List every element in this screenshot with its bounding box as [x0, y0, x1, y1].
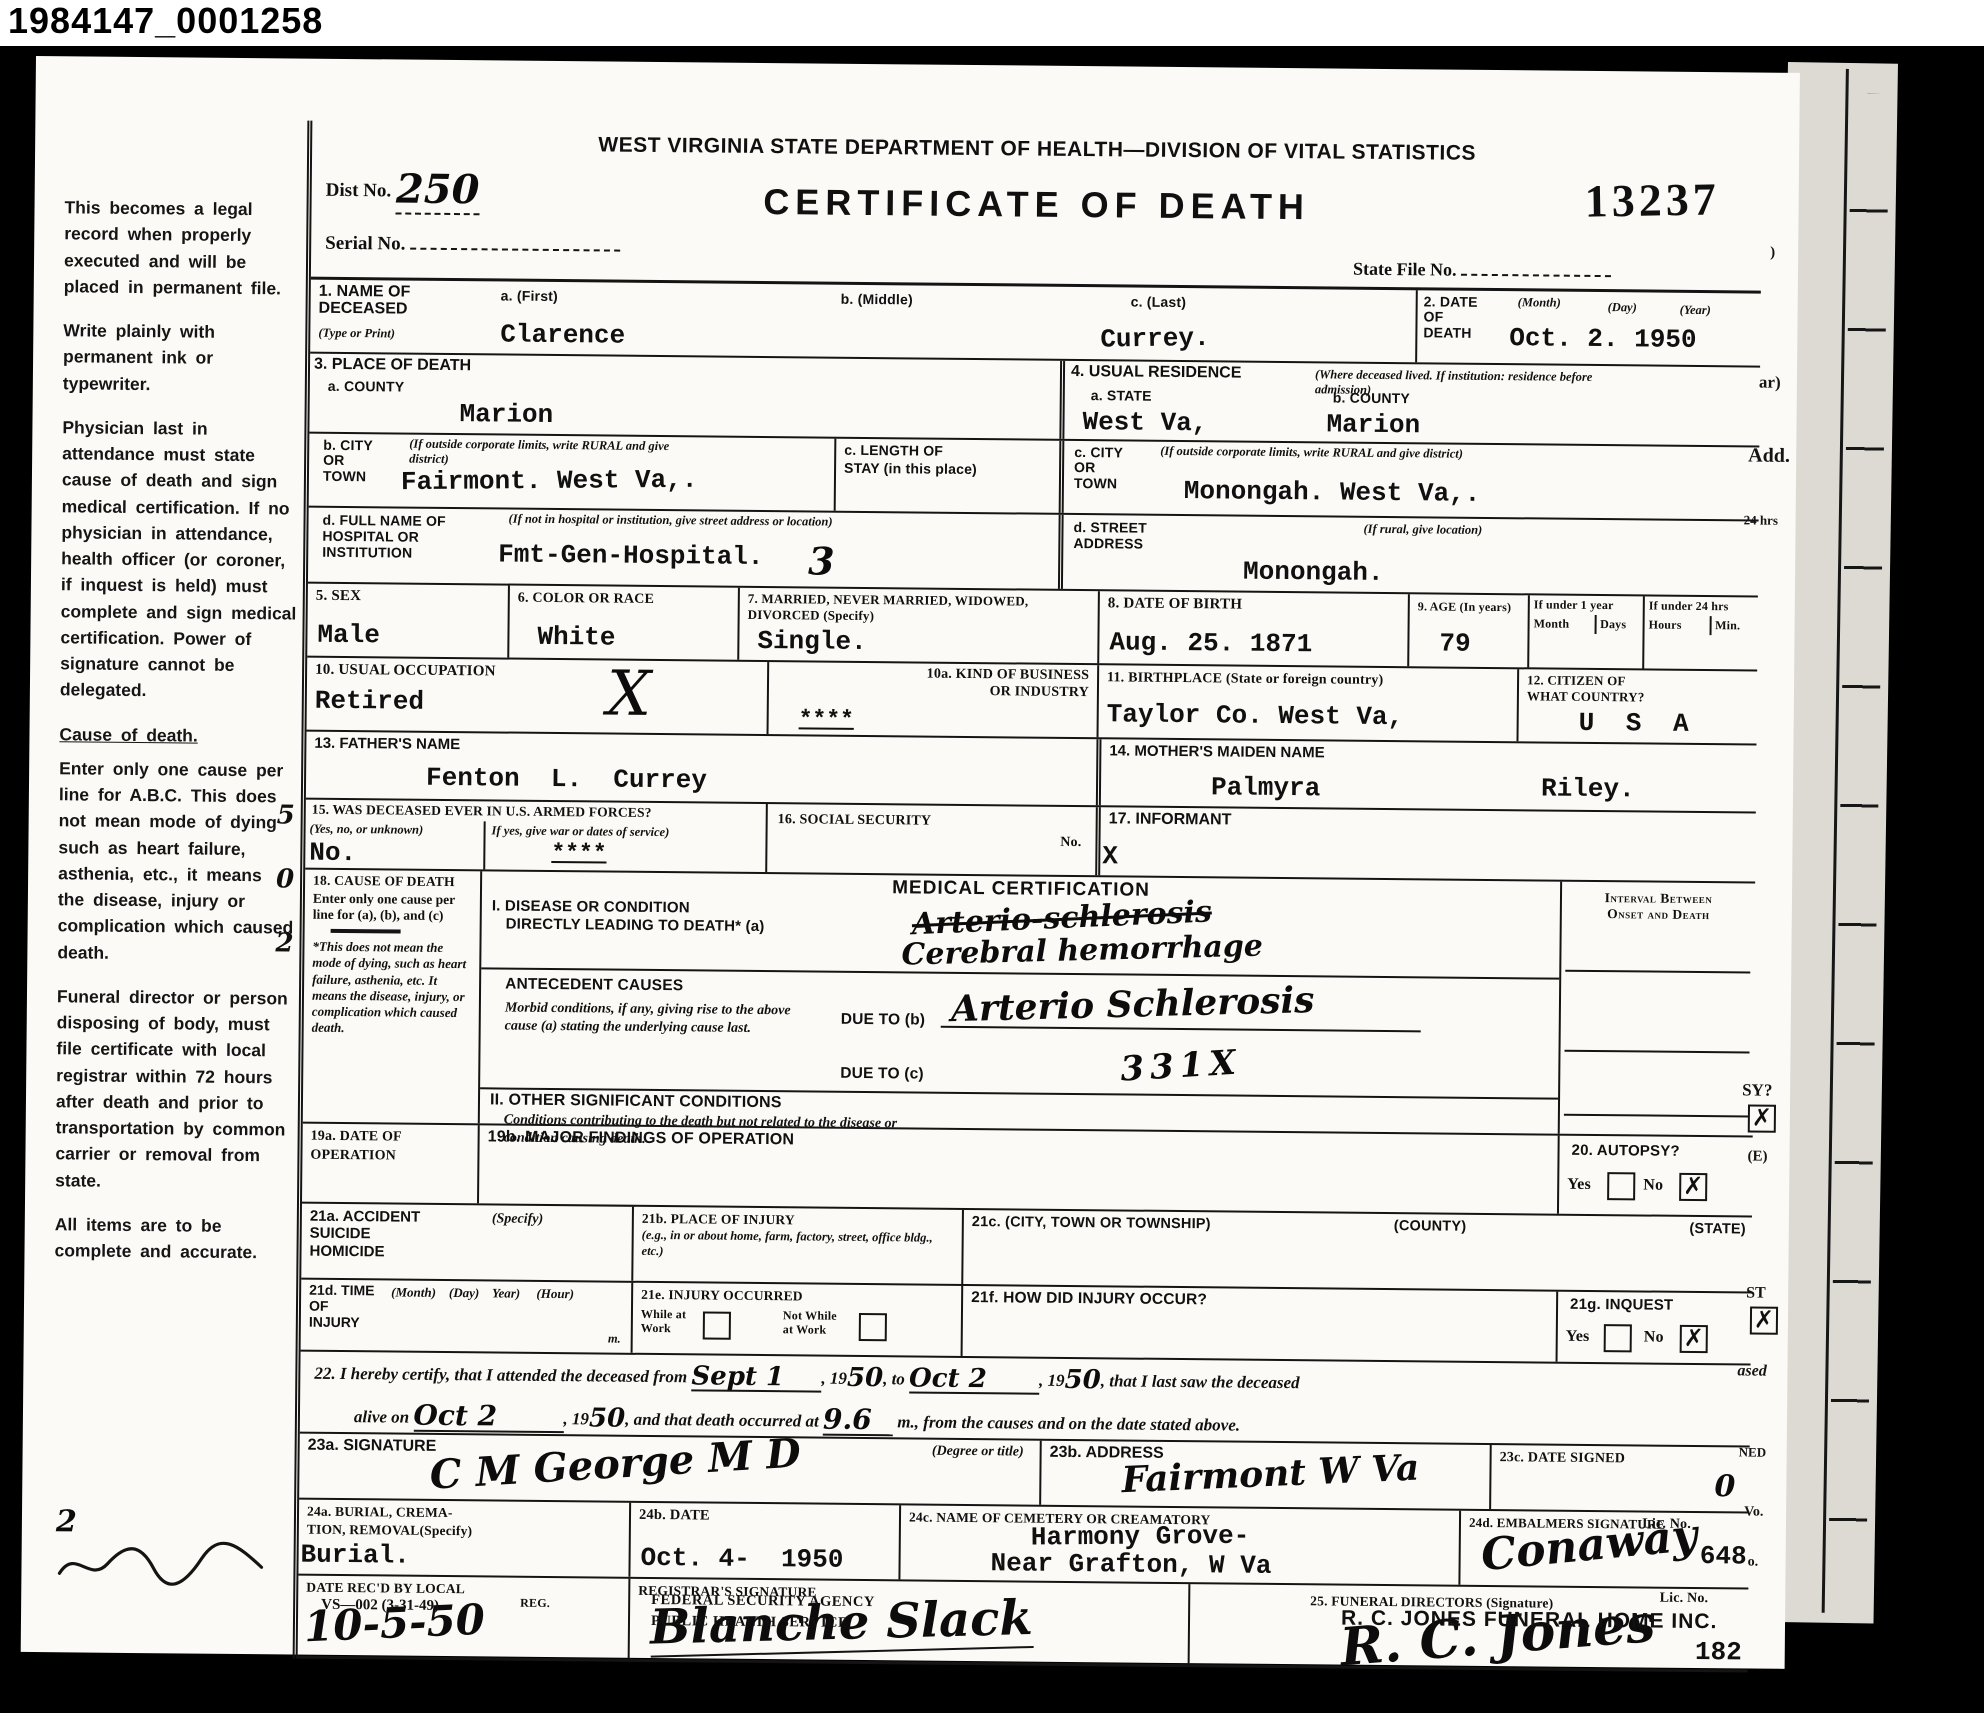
field-occupation: 10. USUAL OCCUPATION Retired X	[307, 658, 768, 734]
certify-text: m., from the causes and on the date stat…	[897, 1412, 1240, 1434]
certify-text: , 19	[563, 1409, 589, 1428]
row-injury-details: 21d. TIME OF INJURY (Month) (Day) Year) …	[301, 1280, 1752, 1366]
autopsy-yes-checkbox	[1607, 1172, 1635, 1200]
field-physician-address: 23b. ADDRESS Fairmont W Va	[1039, 1441, 1490, 1509]
last-name-value: Currey.	[1100, 323, 1210, 355]
hours-label: Hours	[1645, 615, 1712, 635]
business-label: 10a. KIND OF BUSINESS OR INDUSTRY	[777, 665, 1089, 702]
scanner-top-strip: 1984147_0001258	[0, 0, 1984, 46]
date-received-label-2: REG.	[520, 1596, 550, 1611]
burial-label: 24a. BURIAL, CREMA- TION, REMOVAL(Specif…	[307, 1504, 473, 1539]
major-findings-label: 19b. MAJOR FINDINGS OF OPERATION	[488, 1128, 795, 1148]
disease-condition-label-1: I. DISEASE OR CONDITION	[492, 897, 690, 916]
occupation-label: 10. USUAL OCCUPATION	[315, 662, 496, 680]
city-label: b. CITY OR TOWN	[323, 438, 373, 485]
embalmer-lic-label: Lic. No.	[1642, 1516, 1691, 1532]
residence-city-label: c. CITY OR TOWN	[1074, 445, 1123, 492]
length-of-stay-label: c. LENGTH OF STAY (in this place)	[844, 442, 977, 477]
accident-label: 21a. ACCIDENT SUICIDE HOMICIDE	[309, 1208, 420, 1261]
burial-date-value: Oct. 4- 1950	[640, 1543, 843, 1575]
field-burial: 24a. BURIAL, CREMA- TION, REMOVAL(Specif…	[298, 1500, 629, 1577]
street-address-label: d. STREET ADDRESS	[1073, 519, 1147, 552]
cemetery-value-1: Harmony Grove-	[1031, 1521, 1250, 1553]
morbid-conditions-note: Morbid conditions, if any, giving rise t…	[505, 1000, 805, 1039]
months-label: Month	[1530, 614, 1597, 634]
age-value: 79	[1439, 628, 1471, 658]
scan-id-label: 1984147_0001258	[8, 0, 323, 42]
year-col-label: (Year)	[1680, 303, 1711, 318]
date-of-operation-label: 19a. DATE OF OPERATION	[310, 1129, 402, 1164]
attended-from-value: Sept 1	[691, 1361, 784, 1392]
birthplace-value: Taylor Co. West Va,	[1107, 699, 1404, 732]
field-age-under-one: If under 1 year Month Days If under 24 h…	[1527, 595, 1758, 669]
handwritten-digit: 5	[273, 800, 299, 830]
field-father-name: 13. FATHER'S NAME Fenton L. Currey	[306, 732, 1097, 806]
ssn-label: 16. SOCIAL SECURITY	[778, 812, 932, 829]
certify-text: , to	[883, 1369, 905, 1388]
scan-canvas: 1984147_0001258 This becomes a legal rec…	[0, 0, 1984, 1713]
birthplace-label: 11. BIRTHPLACE (State or foreign country…	[1107, 670, 1383, 688]
edge-fragment-checkbox: ✗	[1748, 1104, 1776, 1132]
edge-fragment: (E)	[1747, 1148, 1767, 1165]
x-mark: ✗	[1752, 1106, 1772, 1130]
certify-text: alive on	[354, 1407, 409, 1427]
time-cols-note: (Month) (Day) Year) (Hour)	[391, 1284, 574, 1302]
first-name-value: Clarence	[500, 319, 625, 350]
business-value: ****	[799, 706, 854, 733]
field-place-of-death: 3. PLACE OF DEATH a. COUNTY Marion	[309, 354, 1060, 439]
x-mark: ✗	[1684, 1326, 1704, 1350]
year-value: 50	[847, 1363, 883, 1393]
under-24-label: If under 24 hrs	[1645, 596, 1758, 616]
district-number-label: Dist No.	[326, 180, 392, 202]
street-address-note: (If rural, give location)	[1363, 522, 1482, 538]
x-mark: ✗	[1683, 1174, 1703, 1198]
edge-fragment: ar)	[1759, 373, 1781, 393]
edge-fragment: Vo.	[1744, 1504, 1763, 1520]
field-injury-city: 21c. (CITY, TOWN OR TOWNSHIP) (COUNTY) (…	[961, 1210, 1752, 1292]
inquest-yes-label: Yes	[1566, 1328, 1590, 1346]
month-col-label: (Month)	[1518, 295, 1561, 310]
hospital-label: d. FULL NAME OF HOSPITAL OR INSTITUTION	[322, 512, 446, 561]
time-of-injury-label: 21d. TIME OF INJURY	[309, 1282, 375, 1331]
handwritten-digit: 2	[56, 1504, 77, 1539]
injury-county-label: (COUNTY)	[1394, 1218, 1467, 1235]
last-name-label: c. (Last)	[1131, 294, 1187, 311]
field-date-signed: 23c. DATE SIGNED 0	[1489, 1445, 1750, 1511]
margin-note: Physician last in attendance must state …	[60, 414, 301, 705]
edge-fragment: SY?	[1742, 1080, 1772, 1100]
row-place-residence: 3. PLACE OF DEATH a. COUNTY Marion 4. US…	[309, 354, 1760, 448]
margin-heading-cause-of-death: Cause of death.	[59, 721, 297, 750]
field-inquest: 21g. INQUEST Yes No ✗	[1556, 1292, 1752, 1364]
cause-instruction-1: Enter only one cause per line for (a), (…	[313, 891, 472, 925]
race-label: 6. COLOR OR RACE	[518, 591, 654, 607]
inquest-yes-checkbox	[1604, 1324, 1632, 1352]
field-mother-name: 14. MOTHER'S MAIDEN NAME Palmyra Riley.	[1096, 739, 1757, 811]
not-while-at-work-checkbox	[859, 1313, 887, 1341]
field-sex: 5. SEX Male	[307, 584, 508, 658]
m-note: m.	[608, 1332, 621, 1347]
informant-label: 17. INFORMANT	[1109, 810, 1232, 828]
how-injury-label: 21f. HOW DID INJURY OCCUR?	[971, 1289, 1207, 1308]
district-number: Dist No. 250	[326, 159, 480, 209]
year-value: 50	[589, 1403, 625, 1433]
field-interval-col: Interval Between Onset and Death	[1558, 882, 1755, 1136]
agency-line-1: FEDERAL SECURITY AGENCY	[651, 1592, 875, 1610]
margin-note: Enter only one cause per line for A.B.C.…	[57, 755, 297, 967]
fd-lic-label: Lic. No.	[1660, 1591, 1709, 1607]
war-dates-value: ****	[551, 840, 606, 867]
death-certificate-form: WEST VIRGINIA STATE DEPARTMENT OF HEALTH…	[293, 121, 1763, 1673]
certificate-paper: This becomes a legal record when properl…	[21, 56, 1800, 1669]
certify-text: , 19	[821, 1369, 847, 1388]
citizen-value: U S A	[1579, 708, 1697, 739]
injury-occurred-label: 21e. INJURY OCCURRED	[641, 1287, 803, 1304]
dob-value: Aug. 25. 1871	[1109, 627, 1312, 659]
injury-city-label: 21c. (CITY, TOWN OR TOWNSHIP)	[972, 1214, 1211, 1232]
marital-label: 7. MARRIED, NEVER MARRIED, WIDOWED, DIVO…	[748, 591, 1088, 626]
autopsy-no-label: No	[1643, 1176, 1663, 1194]
while-at-work-label: While at Work	[641, 1307, 687, 1336]
certificate-title: CERTIFICATE OF DEATH	[311, 177, 1761, 233]
field-cemetery: 24c. NAME OF CEMETERY OR CREAMATORY Harm…	[898, 1505, 1459, 1584]
edge-fragment: NED	[1739, 1444, 1767, 1460]
row-occupation-birthplace: 10. USUAL OCCUPATION Retired X 10a. KIND…	[307, 658, 1758, 746]
department-line: WEST VIRGINIA STATE DEPARTMENT OF HEALTH…	[312, 131, 1762, 169]
row-sex-race-birth: 5. SEX Male 6. COLOR OR RACE White 7. MA…	[307, 584, 1758, 672]
residence-county-label: b. COUNTY	[1333, 389, 1410, 406]
inquest-label: 21g. INQUEST	[1570, 1296, 1673, 1314]
residence-state-value: West Va,	[1082, 407, 1207, 438]
date-of-death-label: 2. DATE OF DEATH	[1423, 294, 1477, 341]
while-at-work-checkbox	[703, 1311, 731, 1339]
form-header: WEST VIRGINIA STATE DEPARTMENT OF HEALTH…	[311, 121, 1762, 294]
days-label: Days	[1596, 615, 1630, 634]
occupation-value: Retired	[315, 686, 425, 717]
handwritten-scrawl: 2	[55, 1504, 286, 1587]
row-certify-statement: 22. I hereby certify, that I attended th…	[300, 1352, 1751, 1448]
edge-fragment: )	[1770, 245, 1775, 262]
place-of-injury-label: 21b. PLACE OF INJURY	[642, 1211, 795, 1227]
father-label: 13. FATHER'S NAME	[314, 735, 460, 753]
state-file-number-label: State File No.	[1353, 259, 1611, 282]
row-burial: 24a. BURIAL, CREMA- TION, REMOVAL(Specif…	[298, 1500, 1749, 1590]
field-physician-signature: 23a. SIGNATURE (Degree or title) C M Geo…	[299, 1434, 1040, 1505]
other-conditions-label: II. OTHER SIGNIFICANT CONDITIONS	[490, 1091, 782, 1112]
edge-fragment: 24 hrs	[1744, 512, 1778, 528]
field-burial-date: 24b. DATE Oct. 4- 1950	[628, 1503, 899, 1580]
state-file-number-value: 13237	[1584, 172, 1720, 227]
death-time-value: 9.6	[823, 1403, 872, 1436]
row-accident: 21a. ACCIDENT SUICIDE HOMICIDE (Specify)…	[301, 1204, 1752, 1294]
field-marital-status: 7. MARRIED, NEVER MARRIED, WIDOWED, DIVO…	[737, 588, 1098, 663]
cause-c-handwriting: 331X	[1119, 1042, 1243, 1089]
margin-note: This becomes a legal record when properl…	[64, 194, 303, 301]
margin-note: All items are to be complete and accurat…	[54, 1211, 292, 1266]
burial-date-label: 24b. DATE	[639, 1507, 710, 1524]
certify-text: , 19	[1039, 1371, 1065, 1390]
due-to-b-label: DUE TO (b)	[841, 1011, 926, 1030]
mother-maiden-value: Riley.	[1541, 773, 1635, 804]
field-citizen: 12. CITIZEN OF WHAT COUNTRY? U S A	[1516, 669, 1757, 743]
autopsy-label: 20. AUTOPSY?	[1571, 1142, 1679, 1160]
field-embalmer: 24d. EMBALMERS SIGNATURE Conaway Lic. No…	[1458, 1511, 1749, 1588]
field-date-received: DATE REC'D BY LOCAL REG. 10-5-50	[298, 1576, 629, 1659]
cause-of-death-label: 18. CAUSE OF DEATH	[313, 873, 472, 891]
state-file-label-text: State File No.	[1353, 259, 1457, 280]
middle-name-label: b. (Middle)	[841, 291, 913, 308]
row-name-date: 1. NAME OF DECEASED (Type or Print) a. (…	[310, 280, 1761, 368]
field-accident-suicide: 21a. ACCIDENT SUICIDE HOMICIDE (Specify)	[301, 1204, 632, 1281]
interval-line	[1565, 1050, 1750, 1054]
row-hospital-street: d. FULL NAME OF HOSPITAL OR INSTITUTION …	[308, 508, 1759, 598]
hospital-note: (If not in hospital or institution, give…	[509, 512, 839, 530]
edge-fragment: ST	[1746, 1284, 1766, 1302]
date-received-label: DATE REC'D BY LOCAL	[306, 1580, 465, 1597]
margin-instructions: This becomes a legal record when properl…	[54, 194, 302, 1283]
serial-number: Serial No.	[325, 229, 620, 258]
alive-on-value: Oct 2	[413, 1399, 497, 1433]
field-race: 6. COLOR OR RACE White	[507, 586, 738, 660]
race-value: White	[537, 622, 615, 653]
field-date-of-birth: 8. DATE OF BIRTH Aug. 25. 1871	[1097, 591, 1408, 666]
row-medical-certification: 18. CAUSE OF DEATH Enter only one cause …	[303, 870, 1755, 1138]
sex-value: Male	[317, 620, 380, 651]
inquest-no-label: No	[1644, 1328, 1664, 1346]
year-value: 50	[1064, 1365, 1100, 1395]
dob-label: 8. DATE OF BIRTH	[1108, 595, 1243, 612]
specify-note: (Specify)	[492, 1211, 543, 1227]
ssn-no-label: No.	[1060, 835, 1081, 851]
agency-line-2: PUBLIC HEALTH SERVICE	[651, 1613, 848, 1631]
row-operation-autopsy: 19a. DATE OF OPERATION 19b. MAJOR FINDIN…	[302, 1124, 1753, 1218]
place-of-death-label: 3. PLACE OF DEATH	[314, 356, 471, 376]
cause-instruction-2: *This does not mean the mode of dying, s…	[312, 939, 472, 1038]
certify-text: , and that death occurred at	[625, 1410, 819, 1431]
residence-state-label: a. STATE	[1091, 387, 1152, 404]
mother-label: 14. MOTHER'S MAIDEN NAME	[1109, 742, 1324, 761]
pen-squiggle	[55, 1539, 265, 1587]
margin-handwritten-digits: 5 0 2	[271, 800, 299, 992]
date-of-death-value: Oct. 2. 1950	[1509, 323, 1697, 355]
agency-lines: FEDERAL SECURITY AGENCY PUBLIC HEALTH SE…	[651, 1590, 875, 1634]
residence-city-value: Monongah. West Va,.	[1184, 476, 1481, 509]
field-armed-forces: 15. WAS DECEASED EVER IN U.S. ARMED FORC…	[305, 800, 766, 872]
antecedent-causes-label: ANTECEDENT CAUSES	[505, 976, 683, 996]
street-address-value: Monongah.	[1243, 557, 1384, 588]
informant-value: X	[1102, 841, 1118, 871]
field-place-of-injury: 21b. PLACE OF INJURY (e.g., in or about …	[631, 1207, 962, 1284]
signature-label: 23a. SIGNATURE	[308, 1437, 437, 1455]
type-or-print-note: (Type or Print)	[318, 326, 395, 342]
margin-note: Funeral director or person disposing of …	[55, 983, 295, 1195]
yes-no-unknown-note: (Yes, no, or unknown)	[310, 822, 424, 837]
inquest-no-checkbox: ✗	[1680, 1325, 1708, 1353]
interval-line	[1565, 970, 1750, 974]
field-certify-statement: 22. I hereby certify, that I attended th…	[300, 1352, 1751, 1446]
row-city-town: b. CITY OR TOWN (If outside corporate li…	[309, 434, 1760, 522]
state-file-blank	[1461, 260, 1611, 277]
marital-value: Single.	[757, 626, 867, 657]
interval-line	[1564, 1114, 1749, 1118]
sex-label: 5. SEX	[316, 588, 362, 604]
autopsy-no-checkbox: ✗	[1679, 1173, 1707, 1201]
field-how-injury: 21f. HOW DID INJURY OCCUR?	[961, 1286, 1557, 1362]
field-cause-of-death-col: 18. CAUSE OF DEATH Enter only one cause …	[303, 870, 480, 1124]
fd-lic-value: 182	[1695, 1637, 1742, 1667]
age-label: 9. AGE (In years)	[1418, 599, 1512, 614]
minutes-label: Min.	[1711, 616, 1744, 635]
hospital-handwritten-3: 3	[808, 538, 835, 583]
place-of-injury-note: (e.g., in or about home, farm, factory, …	[641, 1228, 953, 1262]
name-label: 1. NAME OF DECEASED	[319, 284, 411, 318]
edge-fragment: Add.	[1748, 444, 1790, 467]
field-length-of-stay: c. LENGTH OF STAY (in this place)	[834, 439, 1060, 513]
field-major-findings: 19b. MAJOR FINDINGS OF OPERATION	[477, 1125, 1558, 1213]
field-medical-certification: MEDICAL CERTIFICATION I. DISEASE OR COND…	[478, 871, 1560, 1133]
usual-residence-label: 4. USUAL RESIDENCE	[1071, 363, 1242, 383]
father-value: Fenton L. Currey	[426, 763, 707, 796]
form-number: VS—002 (3-31-49)	[321, 1597, 439, 1615]
attended-to-value: Oct 2	[909, 1363, 987, 1394]
certify-text: 22. I hereby certify, that I attended th…	[314, 1364, 687, 1387]
field-injury-occurred: 21e. INJURY OCCURRED While at Work Not W…	[631, 1283, 962, 1356]
date-signed-label: 23c. DATE SIGNED	[1500, 1450, 1626, 1466]
x-mark: ✗	[1754, 1308, 1774, 1332]
certify-text: , that I last saw the deceased	[1101, 1371, 1300, 1392]
field-name-of-deceased: 1. NAME OF DECEASED (Type or Print) a. (…	[310, 280, 1416, 363]
under-1-year-label: If under 1 year	[1530, 595, 1643, 615]
city-value: Fairmont. West Va,.	[401, 465, 698, 497]
funeral-home-name: R. C. JONES FUNERAL HOME INC.	[1341, 1607, 1718, 1635]
war-dates-note: If yes, give war or dates of service)	[492, 823, 670, 839]
field-date-of-death: 2. DATE OF DEATH (Month) (Day) (Year) Oc…	[1415, 290, 1761, 365]
field-hospital: d. FULL NAME OF HOSPITAL OR INSTITUTION …	[308, 508, 1059, 589]
county-label: a. COUNTY	[328, 378, 405, 395]
degree-title-note: (Degree or title)	[932, 1444, 1024, 1461]
field-ssn: 16. SOCIAL SECURITY No.	[765, 804, 1096, 875]
field-age: 9. AGE (In years) 79	[1407, 594, 1528, 667]
serial-number-blank	[410, 230, 620, 252]
field-street-address: d. STREET ADDRESS (If rural, give locati…	[1058, 515, 1759, 596]
physician-signature-value: C M George M D	[428, 1429, 802, 1498]
field-time-of-injury: 21d. TIME OF INJURY (Month) (Day) Year) …	[301, 1280, 632, 1353]
edge-fragment: ased	[1737, 1362, 1766, 1380]
injury-state-label: (STATE)	[1689, 1221, 1746, 1238]
autopsy-yes-label: Yes	[1567, 1176, 1591, 1194]
occupation-handwritten-x: X	[607, 657, 652, 730]
handwritten-digit: 2	[271, 928, 297, 958]
field-kind-of-business: 10a. KIND OF BUSINESS OR INDUSTRY ****	[767, 662, 1098, 737]
margin-note: Write plainly with permanent ink or type…	[63, 317, 302, 398]
cemetery-value-2: Near Grafton, W Va	[990, 1548, 1271, 1581]
first-name-label: a. (First)	[501, 287, 558, 304]
district-number-value: 250	[396, 165, 480, 215]
field-birthplace: 11. BIRTHPLACE (State or foreign country…	[1097, 665, 1518, 741]
serial-number-label: Serial No.	[325, 233, 405, 255]
residence-county-value: Marion	[1326, 409, 1420, 440]
due-to-c-label: DUE TO (c)	[840, 1065, 924, 1084]
field-autopsy: 20. AUTOPSY? Yes No ✗	[1557, 1136, 1753, 1216]
not-while-at-work-label: Not While at Work	[783, 1308, 837, 1337]
field-residence-city: c. CITY OR TOWN (If outside corporate li…	[1059, 441, 1760, 520]
edge-fragment: o.	[1748, 1554, 1759, 1570]
armed-forces-value: No.	[309, 838, 356, 868]
hospital-value: Fmt-Gen-Hospital.	[498, 539, 764, 572]
due-to-b-line	[941, 1026, 1421, 1033]
date-signed-value: 0	[1714, 1469, 1735, 1504]
embalmer-lic-value: 648	[1700, 1541, 1747, 1571]
burial-value: Burial.	[300, 1540, 410, 1571]
field-usual-residence: 4. USUAL RESIDENCE (Where deceased lived…	[1059, 361, 1760, 446]
handwritten-digit: 0	[272, 864, 298, 894]
edge-fragment-checkbox: ✗	[1750, 1307, 1778, 1335]
field-informant: 17. INFORMANT X	[1095, 807, 1756, 881]
disease-condition-label-2: DIRECTLY LEADING TO DEATH* (a)	[506, 916, 765, 935]
residence-city-note: (If outside corporate limits, write RURA…	[1160, 444, 1480, 462]
field-city-of-death: b. CITY OR TOWN (If outside corporate li…	[309, 434, 835, 511]
divider	[331, 929, 401, 934]
citizen-label: 12. CITIZEN OF WHAT COUNTRY?	[1527, 672, 1749, 707]
field-date-of-operation: 19a. DATE OF OPERATION	[302, 1124, 478, 1204]
cause-b-handwriting: Arterio Schlerosis	[950, 979, 1314, 1030]
backpage-ticks	[1828, 93, 1890, 1591]
day-col-label: (Day)	[1608, 300, 1637, 315]
county-value: Marion	[459, 399, 553, 430]
mother-first-value: Palmyra	[1211, 772, 1321, 803]
interval-label: Interval Between Onset and Death	[1562, 890, 1755, 924]
physician-address-value: Fairmont W Va	[1121, 1447, 1420, 1502]
